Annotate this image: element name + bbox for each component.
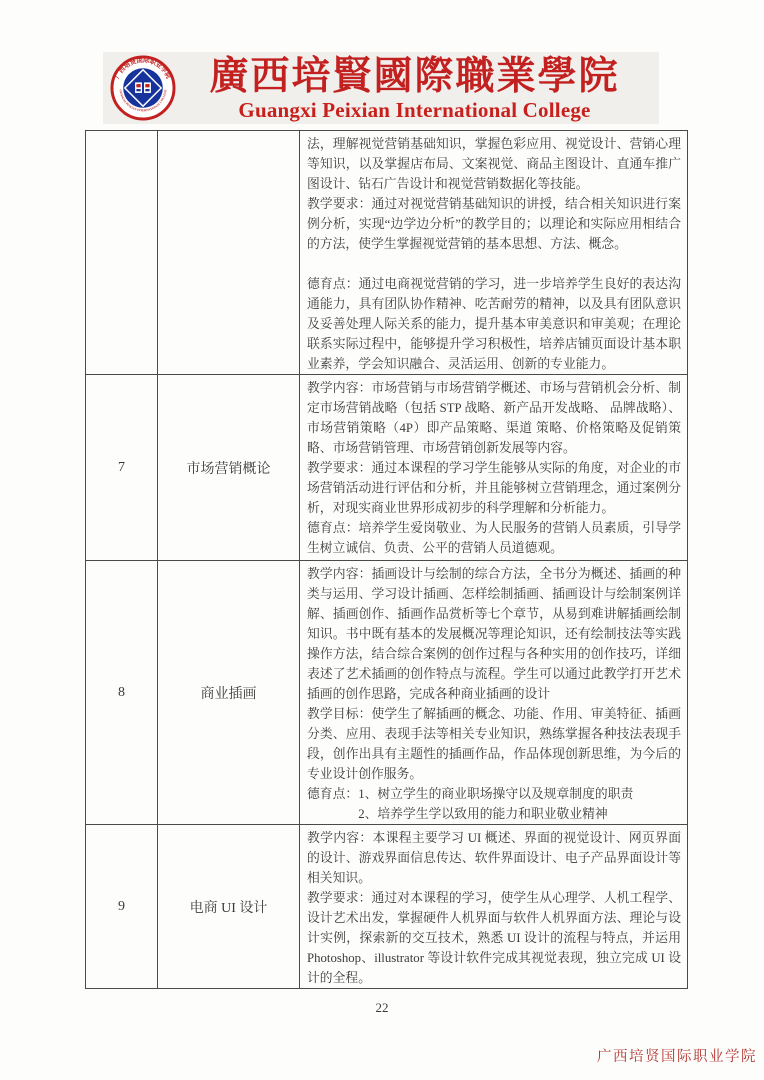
course-row: 7 市场营销概论 教学内容：市场营销与市场营销学概述、市场与营销机会分析、制定市… (86, 375, 688, 561)
course-number-cell: 7 (86, 375, 158, 561)
college-seal-logo: 广西培贤国际职业学院 GUANGXI PEIXIAN INTERNATIONAL… (110, 55, 176, 121)
college-header: 广西培贤国际职业学院 GUANGXI PEIXIAN INTERNATIONAL… (103, 52, 659, 124)
content-paragraph: 2、培养学生学以致用的能力和职业敬业精神 (307, 804, 681, 824)
content-paragraph: 德育点：通过电商视觉营销的学习，进一步培养学生良好的表达沟通能力，具有团队协作精… (307, 274, 681, 374)
college-titles: 廣西培賢國際職業學院 Guangxi Peixian International… (176, 55, 659, 121)
college-name-zh: 廣西培賢國際職業學院 (176, 55, 653, 99)
course-row: 法，理解视觉营销基础知识，掌握色彩应用、视觉设计、营销心理等知识，以及掌握店布局… (86, 131, 688, 375)
course-name-cell (158, 131, 300, 375)
course-row: 8 商业插画 教学内容：插画设计与绘制的综合方法，全书分为概述、插画的种类与运用… (86, 561, 688, 825)
content-paragraph: 教学要求：通过对视觉营销基础知识的讲授，结合相关知识进行案例分析，实现“边学边分… (307, 194, 681, 254)
content-paragraph: 法，理解视觉营销基础知识，掌握色彩应用、视觉设计、营销心理等知识，以及掌握店布局… (307, 134, 681, 194)
course-content-cell: 教学内容：市场营销与市场营销学概述、市场与营销机会分析、制定市场营销战略（包括 … (300, 375, 688, 561)
course-number-cell (86, 131, 158, 375)
course-name-cell: 市场营销概论 (158, 375, 300, 561)
course-table-body: 法，理解视觉营销基础知识，掌握色彩应用、视觉设计、营销心理等知识，以及掌握店布局… (86, 131, 688, 989)
page-number: 22 (0, 1000, 764, 1016)
course-content-cell: 法，理解视觉营销基础知识，掌握色彩应用、视觉设计、营销心理等知识，以及掌握店布局… (300, 131, 688, 375)
content-paragraph: 教学内容：插画设计与绘制的综合方法，全书分为概述、插画的种类与运用、学习设计插画… (307, 564, 681, 704)
content-paragraph: 教学内容：本课程主要学习 UI 概述、界面的视觉设计、网页界面的设计、游戏界面信… (307, 828, 681, 888)
content-paragraph: 教学要求：通过对本课程的学习，使学生从心理学、人机工程学、设计艺术出发，掌握硬件… (307, 888, 681, 988)
course-number-cell: 9 (86, 825, 158, 989)
content-paragraph: 教学内容：市场营销与市场营销学概述、市场与营销机会分析、制定市场营销战略（包括 … (307, 378, 681, 458)
college-seal-icon: 广西培贤国际职业学院 GUANGXI PEIXIAN INTERNATIONAL… (110, 55, 176, 121)
content-paragraph: 教学目标：使学生了解插画的概念、功能、作用、审美特征、插画分类、应用、表现手法等… (307, 704, 681, 784)
course-table: 法，理解视觉营销基础知识，掌握色彩应用、视觉设计、营销心理等知识，以及掌握店布局… (85, 130, 688, 989)
course-row: 9 电商 UI 设计 教学内容：本课程主要学习 UI 概述、界面的视觉设计、网页… (86, 825, 688, 989)
college-name-en: Guangxi Peixian International College (176, 99, 653, 121)
content-paragraph: 德育点：1、树立学生的商业职场操守以及规章制度的职责 (307, 784, 681, 804)
course-content-cell: 教学内容：插画设计与绘制的综合方法，全书分为概述、插画的种类与运用、学习设计插画… (300, 561, 688, 825)
content-paragraph: 教学要求：通过本课程的学习学生能够从实际的角度，对企业的市场营销活动进行评估和分… (307, 458, 681, 518)
content-paragraph: 德育点：培养学生爱岗敬业、为人民服务的营销人员素质，引导学生树立诚信、负责、公平… (307, 518, 681, 558)
course-content-cell: 教学内容：本课程主要学习 UI 概述、界面的视觉设计、网页界面的设计、游戏界面信… (300, 825, 688, 989)
course-name-cell: 商业插画 (158, 561, 300, 825)
footer-watermark: 广西培贤国际职业学院 (597, 1045, 757, 1066)
document-page: 广西培贤国际职业学院 GUANGXI PEIXIAN INTERNATIONAL… (0, 0, 764, 1080)
content-paragraph (307, 254, 681, 274)
course-name-cell: 电商 UI 设计 (158, 825, 300, 989)
course-number-cell: 8 (86, 561, 158, 825)
